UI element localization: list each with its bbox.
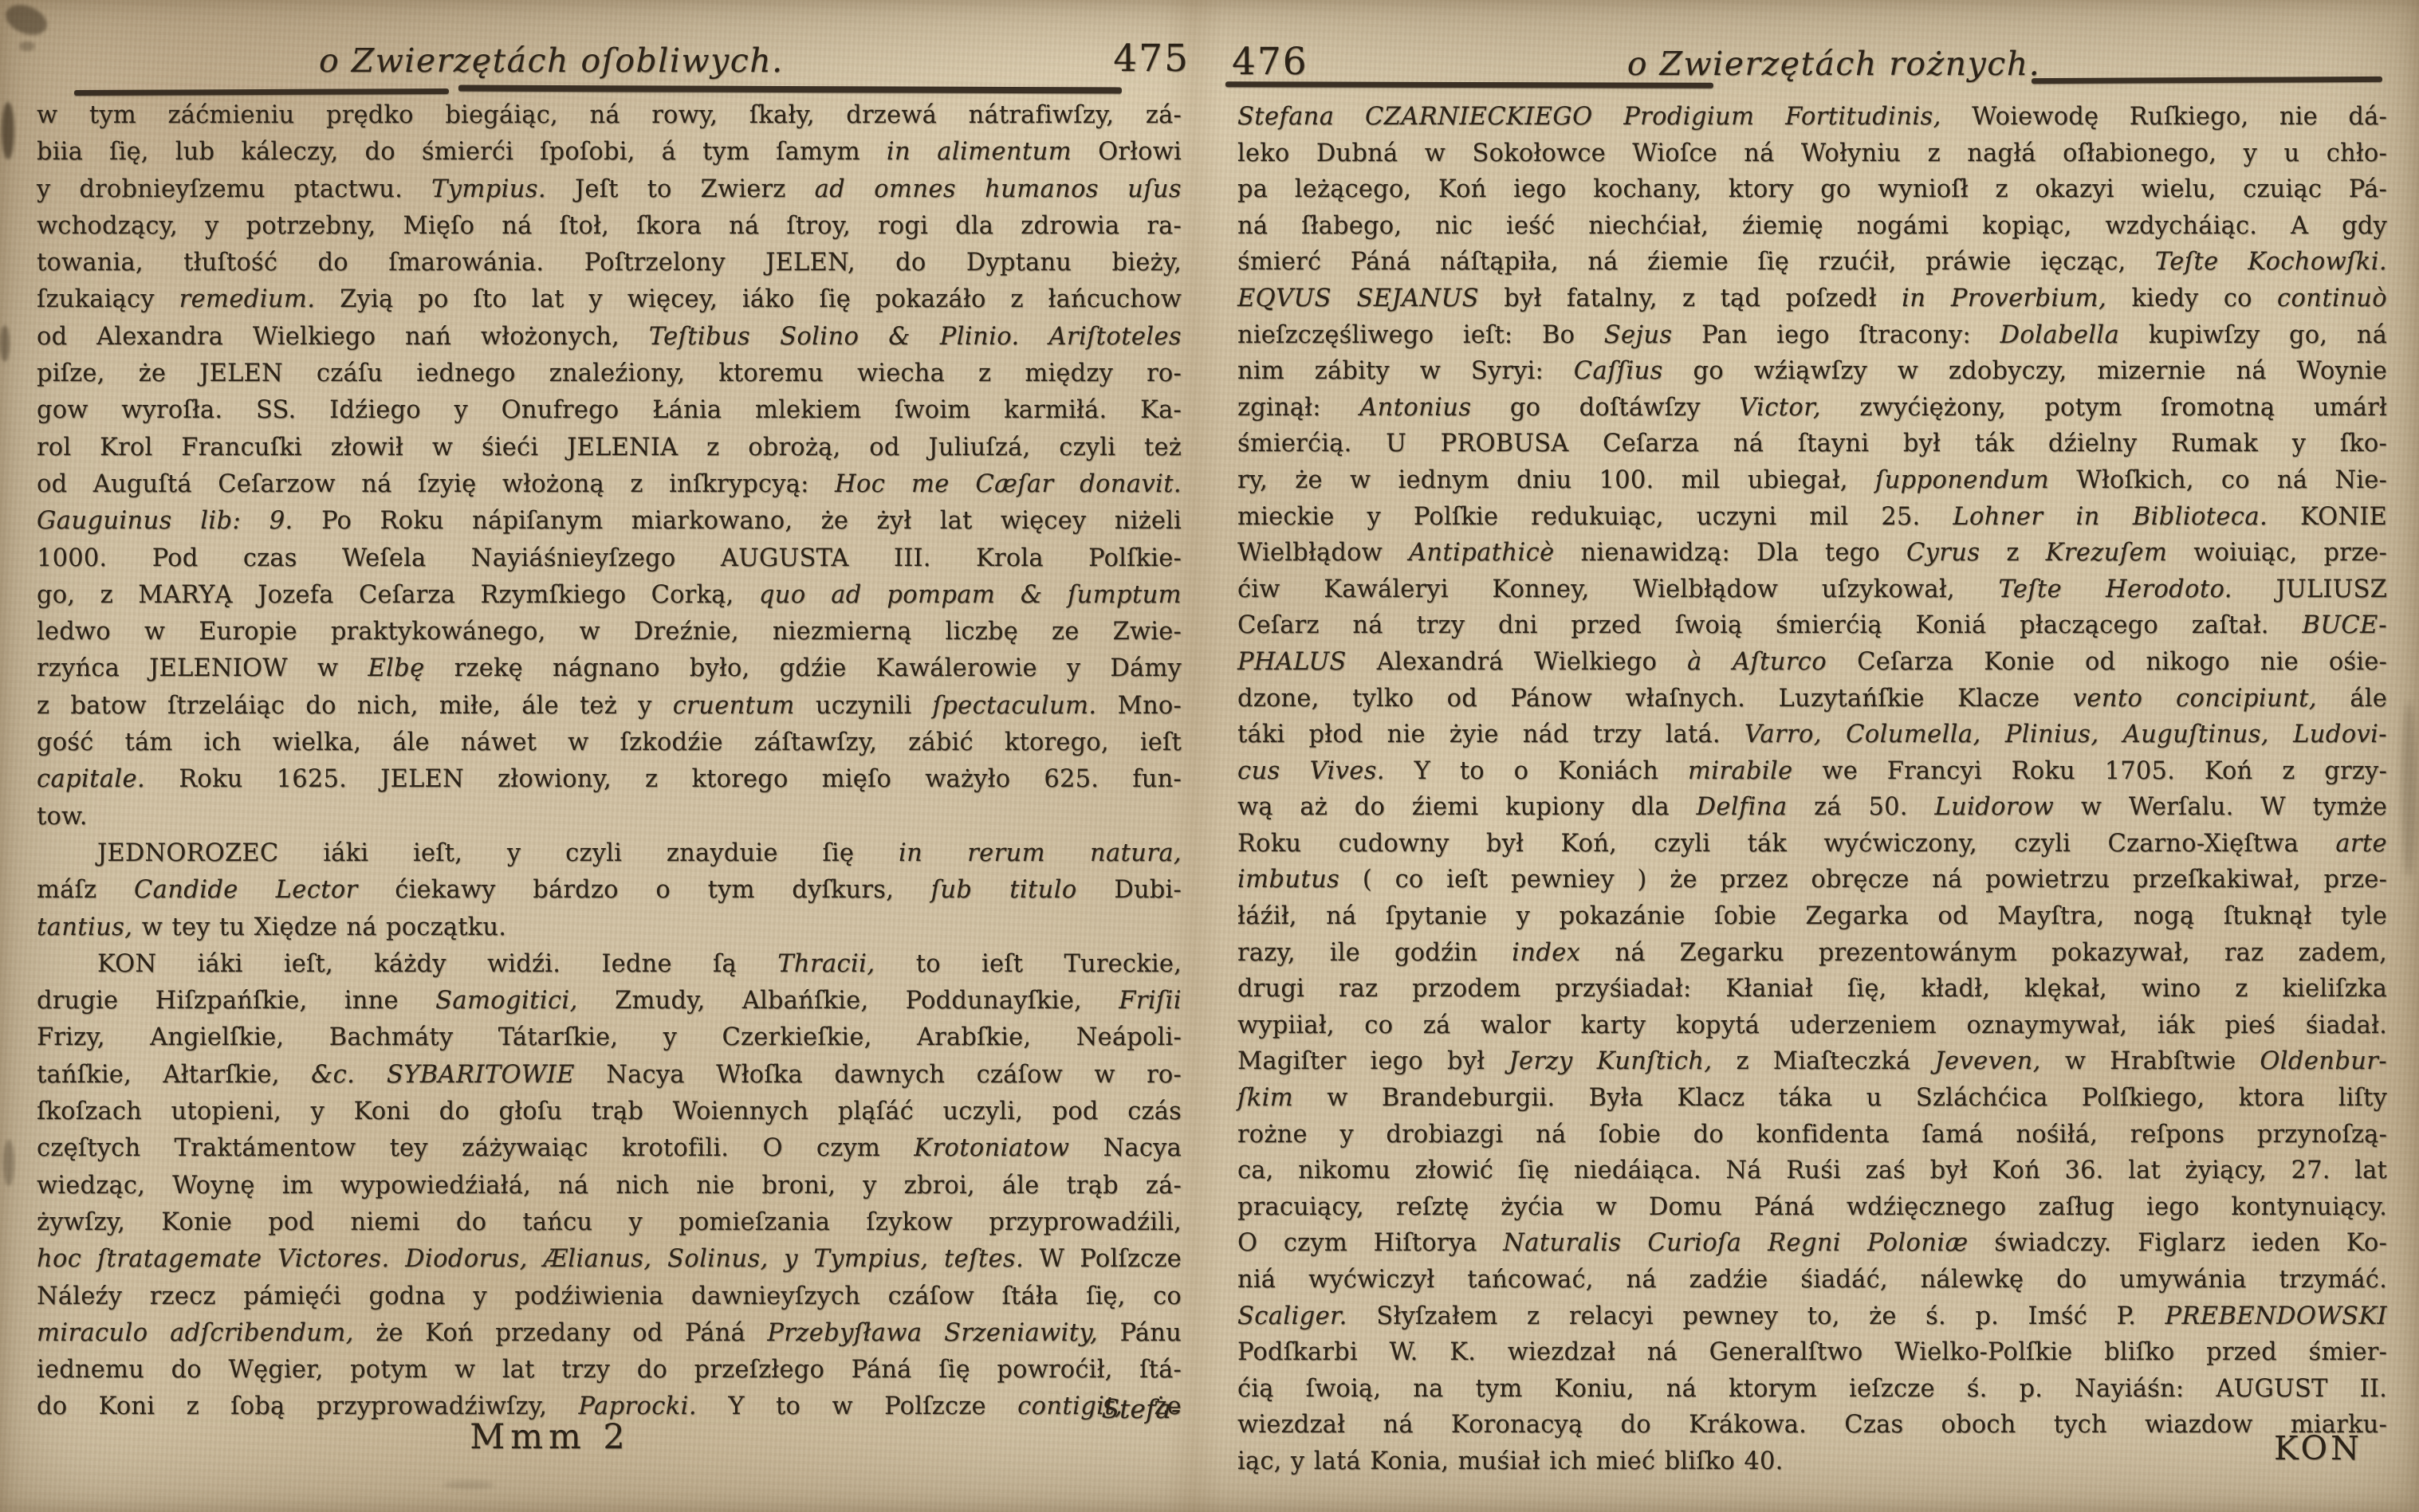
latin-italic-text: Teſte Kochowſki. <box>2155 248 2387 276</box>
text-line: tantius, w tey tu Xiędze ná początku. <box>37 909 1182 946</box>
body-text: niá wyćwiczył tańcować, ná zadźie śiadáć… <box>1237 1266 2387 1294</box>
text-line: wchodzący, y potrzebny, Mięſo ná ſtoł, ſ… <box>37 208 1182 245</box>
page-body-text-left: w tym záćmieniu prędko biegáiąc, ná rowy… <box>37 97 1182 1426</box>
text-line: O czym Hiſtorya Naturalis Curioſa Regni … <box>1237 1225 2387 1262</box>
body-text: Mno- <box>1097 692 1182 720</box>
body-text: Y to w Polſzcze <box>697 1392 1017 1420</box>
ink-smudge <box>0 325 10 362</box>
body-text: go, z MARYĄ Jozefa Ceſarza Rzymſkiego Co… <box>37 581 759 609</box>
latin-italic-text: &c. SYBARITOWIE <box>311 1061 575 1089</box>
body-text: zwyćiężony, potym ſromotną umárł <box>1821 394 2387 422</box>
body-text: W Polſzcze <box>1024 1245 1182 1273</box>
latin-italic-text: Gauguinus lib: 9. <box>37 507 293 535</box>
latin-italic-text: Krezuſem <box>2046 539 2168 567</box>
body-text: ſzukaiący <box>37 285 179 313</box>
body-text: JULIUSZ <box>2232 575 2387 603</box>
ink-smudge <box>3 1140 14 1186</box>
body-text: Y to o Koniách <box>1385 757 1688 785</box>
text-line: imbutus ( co ieſt pewniey ) że przez obr… <box>1237 862 2387 898</box>
text-line: ſkoſzach utopieni, y Koni do głoſu trąb … <box>37 1094 1182 1130</box>
body-text: Alexandrá Wielkiego <box>1347 648 1687 676</box>
latin-italic-text: in rerum natura, <box>899 839 1182 867</box>
body-text: łáźił, ná ſpytanie y pokazánie ſobie Zeg… <box>1237 902 2387 930</box>
latin-italic-text: Hoc me Cæſar donavit. <box>835 470 1182 498</box>
body-text: Nacya Włoſka dawnych czáſow w ro- <box>575 1061 1182 1089</box>
body-text: Dubi- <box>1077 876 1182 904</box>
ink-smudge <box>19 41 35 51</box>
latin-italic-text: Varro, Columella, Plinius, Auguſtinus, L… <box>1744 721 2387 748</box>
text-line: 1000. Pod czas Weſela Nayiáśnieyſzego AU… <box>37 540 1182 577</box>
text-line: Náleźy rzecz pámięći godna y podźiwienia… <box>37 1278 1182 1315</box>
text-line: wypiiał, co zá walor karty kopytá uderze… <box>1237 1007 2387 1044</box>
latin-italic-text: in Proverbium, <box>1902 285 2106 312</box>
body-text: Frizy, Angielſkie, Bachmáty Tátarſkie, y… <box>37 1023 1182 1051</box>
body-text: rzekę nágnano było, gdźie Kawálerowie y … <box>425 654 1182 682</box>
latin-italic-text: Jeveven, <box>1934 1047 2040 1075</box>
latin-italic-text: cus Vives. <box>1237 757 1385 785</box>
text-line: cus Vives. Y to o Koniách mirabile we Fr… <box>1237 753 2387 790</box>
body-text: z batow ſtrzeláiąc do nich, miłe, ále te… <box>37 692 673 720</box>
latin-italic-text: Samogitici, <box>435 987 578 1015</box>
text-line: rożne y drobiazgi ná ſobie do konfidenta… <box>1237 1117 2387 1153</box>
body-text: KONIE <box>2268 503 2387 531</box>
text-line: Gauguinus lib: 9. Po Roku nápiſanym miar… <box>37 503 1182 540</box>
body-text: Po Roku nápiſanym miarkowano, że żył lat… <box>293 507 1182 535</box>
latin-italic-text: Scaliger. <box>1237 1302 1347 1330</box>
text-line: Wielbłądow Antipathicè nienawidzą: Dla t… <box>1237 535 2387 571</box>
text-line: máſz Candide Lector ćiekawy bárdzo o tym… <box>37 872 1182 909</box>
body-text: táki płod nie żyie nád trzy latá. <box>1237 721 1744 748</box>
latin-italic-text: in alimentum <box>887 138 1072 166</box>
text-line: EQVUS SEJANUS był fatalny, z tąd poſzedł… <box>1237 281 2387 317</box>
body-text: nim zábity w Syryi: <box>1237 357 1574 385</box>
body-text: częſtych Traktámentow tey záżywaiąc krot… <box>37 1134 914 1162</box>
latin-italic-text: remedium. <box>179 285 316 313</box>
body-text: razy, ile godźin <box>1237 939 1512 967</box>
body-text: gow wyroſła. SS. Idźiego y Onufrego Łáni… <box>37 396 1182 424</box>
text-line: wiezdzał ná Koronacyą do Krákowa. Czas o… <box>1237 1407 2387 1443</box>
body-text: Zmudy, Albańſkie, Poddunayſkie, <box>578 987 1119 1015</box>
header-rule <box>458 85 1122 94</box>
latin-italic-text: ſupponendum <box>1875 466 2049 494</box>
latin-italic-text: Stefana CZARNIECKIEGO Prodigium Fortitud… <box>1237 103 1941 131</box>
body-text: drugi raz przodem przyśiadał: Kłaniał ſi… <box>1237 975 2387 1003</box>
text-line: ſzukaiący remedium. Zyią po ſto lat y wi… <box>37 281 1182 318</box>
body-text: O czym Hiſtorya <box>1237 1229 1503 1257</box>
body-text: towania, tłuſtość do ſmarowánia. Poſtrze… <box>37 249 1182 277</box>
body-text: tow. <box>37 803 88 831</box>
body-text: to ieſt Tureckie, <box>875 950 1182 978</box>
body-text: uczynili <box>795 692 933 720</box>
latin-italic-text: Krotoniatow <box>914 1134 1069 1162</box>
header-rule <box>74 88 449 96</box>
body-text: świadczy. Figlarz ieden Ko- <box>1969 1229 2387 1257</box>
latin-italic-text: imbutus <box>1237 866 1339 893</box>
latin-italic-text: Sejus <box>1604 321 1673 349</box>
body-text: śmierć Páná náſtąpiła, ná źiemie ſię rzu… <box>1237 248 2155 276</box>
text-line: JEDNOROZEC iáki ieſt, y czyli znayduie ſ… <box>37 835 1182 872</box>
text-line: gość tám ich wielka, ále náwet w ſzkodźi… <box>37 725 1182 761</box>
latin-italic-text: vento concipiunt, <box>2073 685 2317 713</box>
latin-italic-text: mirabile <box>1688 757 1793 785</box>
text-line: mieckie y Polſkie redukuiąc, uczyni mil … <box>1237 499 2387 536</box>
body-text: od Auguſtá Ceſarzow ná ſzyię włożoną z i… <box>37 470 835 498</box>
body-text: ćiekawy bárdzo o tym dyſkurs, <box>358 876 931 904</box>
latin-italic-text: Candide Lector <box>134 876 358 904</box>
body-text: Woiewodę Ruſkiego, nie dá- <box>1941 103 2387 131</box>
latin-italic-text: Tympius. <box>431 175 546 203</box>
text-line: razy, ile godźin index ná Zegarku prezen… <box>1237 935 2387 972</box>
text-line: łáźił, ná ſpytanie y pokazánie ſobie Zeg… <box>1237 898 2387 935</box>
text-line: iednemu do Węgier, potym w lat trzy do p… <box>37 1352 1182 1388</box>
body-text: rożne y drobiazgi ná ſobie do konfidenta… <box>1237 1121 2387 1149</box>
running-header-left: o Zwierzętách oſobliwych. <box>319 41 765 80</box>
body-text: JEDNOROZEC iáki ieſt, y czyli znayduie ſ… <box>97 839 899 867</box>
page-number-right: 476 <box>1232 40 1308 84</box>
text-line: towania, tłuſtość do ſmarowánia. Poſtrze… <box>37 245 1182 281</box>
body-text: ále <box>2317 685 2387 713</box>
latin-italic-text: BUCE- <box>2302 611 2387 639</box>
text-line: częſtych Traktámentow tey záżywaiąc krot… <box>37 1130 1182 1167</box>
text-line: od Auguſtá Ceſarzow ná ſzyię włożoną z i… <box>37 466 1182 503</box>
text-line: táki płod nie żyie nád trzy latá. Varro,… <box>1237 717 2387 753</box>
text-line: leko Dubná w Sokołowce Wioſce ná Wołyniu… <box>1237 135 2387 172</box>
latin-italic-text: ſub titulo <box>931 876 1077 904</box>
body-text: w Werſalu. W tymże <box>2054 793 2387 821</box>
body-text: śmierćią. U PROBUSA Ceſarza ná ſtayni by… <box>1237 430 2387 458</box>
body-text: woiuiąc, prze- <box>2167 539 2387 567</box>
latin-italic-text: Lohner in Biblioteca. <box>1953 503 2268 531</box>
body-text: nienawidzą: Dla tego <box>1555 539 1906 567</box>
body-text: biia ſię, lub káleczy, do śmierći ſpoſob… <box>37 138 887 166</box>
text-line: pa leżącego, Koń iego kochany, ktory go … <box>1237 171 2387 208</box>
text-line: niá wyćwiczył tańcować, ná zadźie śiadáć… <box>1237 1262 2387 1298</box>
latin-italic-text: Cyrus <box>1906 539 1980 567</box>
page-number-left: 475 <box>1102 37 1190 81</box>
body-text: wchodzący, y potrzebny, Mięſo ná ſtoł, ſ… <box>37 212 1182 240</box>
body-text: zginął: <box>1237 394 1359 422</box>
text-line: śmierć Páná náſtąpiła, ná źiemie ſię rzu… <box>1237 244 2387 281</box>
body-text: kupiwſzy go, ná <box>2119 321 2387 349</box>
text-line: od Alexandra Wielkiego nań włożonych, Te… <box>37 319 1182 355</box>
body-text: Roku cudowny był Koń, czyli ták wyćwiczo… <box>1237 830 2335 858</box>
text-line: ledwo w Europie praktykowánego, w Dreźni… <box>37 614 1182 650</box>
body-text: Ceſarza Konie od nikogo nie ośie- <box>1827 648 2387 676</box>
body-text: dzone, tylko od Pánow właſnych. Luzytańſ… <box>1237 685 2073 713</box>
body-text: z Miaſteczká <box>1712 1047 1934 1075</box>
running-header-right: o Zwierzętách rożnych. <box>1611 45 2057 83</box>
body-text: ca, nikomu złowić ſię niedáiąca. Ná Ruśi… <box>1237 1157 2387 1184</box>
body-text: leko Dubná w Sokołowce Wioſce ná Wołyniu… <box>1237 139 2387 167</box>
body-text: wiedząc, Woynę im wypowiedźiałá, ná nich… <box>37 1172 1182 1200</box>
body-text: kiedy co <box>2106 285 2277 312</box>
signature-mark: Mmm 2 <box>442 1417 658 1457</box>
body-text: w Brandeburgii. Była Klacz táka u Szlách… <box>1293 1084 2387 1112</box>
body-text: gość tám ich wielka, ále náwet w ſzkodźi… <box>37 729 1182 756</box>
text-line: PHALUS Alexandrá Wielkiego à Aſturco Ceſ… <box>1237 644 2387 681</box>
body-text: tańſkie, Ałtarſkie, <box>37 1061 311 1089</box>
text-line: Magiſter iego był Jerzy Kunſtich, z Miaſ… <box>1237 1043 2387 1080</box>
latin-italic-text: continuò <box>2277 285 2387 312</box>
body-text: ćiw Kawáleryi Konney, Wielbłądow uſzykow… <box>1237 575 1998 603</box>
latin-italic-text: Teſtibus Solino & Plinio. Ariſtoteles <box>649 323 1182 351</box>
latin-italic-text: ſkim <box>1237 1084 1293 1112</box>
text-line: nim zábity w Syryi: Caſſius go wźiąwſzy … <box>1237 353 2387 390</box>
body-text: Nacya <box>1069 1134 1182 1162</box>
text-line: y drobnieyſzemu ptactwu. Tympius. Jeſt t… <box>37 171 1182 208</box>
latin-italic-text: Dolabella <box>2000 321 2120 349</box>
body-text: Pan iego ſtracony: <box>1672 321 2000 349</box>
body-text: wą aż do źiemi kupiony dla <box>1237 793 1697 821</box>
body-text: ſkoſzach utopieni, y Koni do głoſu trąb … <box>37 1098 1182 1125</box>
body-text: w tey tu Xiędze ná początku. <box>132 913 506 941</box>
text-line: w tym záćmieniu prędko biegáiąc, ná rowy… <box>37 97 1182 134</box>
body-text: rzyńca JELENIOW w <box>37 654 368 682</box>
text-line: rzyńca JELENIOW w Elbę rzekę nágnano był… <box>37 650 1182 687</box>
body-text: żywſzy, Konie pod niemi do tańcu y pomie… <box>37 1208 1182 1236</box>
latin-italic-text: quo ad pompam & ſumptum <box>759 581 1182 609</box>
latin-italic-text: capitale. <box>37 765 145 793</box>
latin-italic-text: Caſſius <box>1574 357 1663 385</box>
latin-italic-text: Antipathicè <box>1409 539 1555 567</box>
text-line: śmierćią. U PROBUSA Ceſarza ná ſtayni by… <box>1237 426 2387 462</box>
latin-italic-text: ad omnes humanos uſus <box>815 175 1182 203</box>
body-text: iednemu do Węgier, potym w lat trzy do p… <box>37 1356 1182 1384</box>
body-text: pa leżącego, Koń iego kochany, ktory go … <box>1237 175 2387 203</box>
body-text: nieſzczęśliwego ieſt: Bo <box>1237 321 1604 349</box>
text-line: ćiw Kawáleryi Konney, Wielbłądow uſzykow… <box>1237 571 2387 608</box>
text-line: drugi raz przodem przyśiadał: Kłaniał ſi… <box>1237 971 2387 1007</box>
text-line: iąc, y latá Konia, muśiał ich mieć bliſk… <box>1237 1443 2387 1480</box>
text-line: ćią ſwoią, na tym Koniu, ná ktorym ieſzc… <box>1237 1371 2387 1408</box>
text-line: piſze, że JELEN czáſu iednego znaleźiony… <box>37 355 1182 392</box>
page-body-text-right: Stefana CZARNIECKIEGO Prodigium Fortitud… <box>1237 99 2387 1480</box>
latin-italic-text: miraculo adſcribendum, <box>37 1319 354 1347</box>
latin-italic-text: Naturalis Curioſa Regni Poloniæ <box>1503 1229 1968 1257</box>
header-rule <box>2032 77 2382 84</box>
body-text: że Koń przedany od Páná <box>354 1319 768 1347</box>
latin-italic-text: PHALUS <box>1237 648 1347 676</box>
text-line: wą aż do źiemi kupiony dla Delfina zá 50… <box>1237 789 2387 826</box>
body-text: mieckie y Polſkie redukuiąc, uczyni mil … <box>1237 503 1953 531</box>
text-line: żywſzy, Konie pod niemi do tańcu y pomie… <box>37 1204 1182 1241</box>
text-line: miraculo adſcribendum, że Koń przedany o… <box>37 1315 1182 1352</box>
latin-italic-text: Luidorow <box>1934 793 2054 821</box>
body-text: Wielbłądow <box>1237 539 1409 567</box>
body-text: Włoſkich, co ná Nie- <box>2049 466 2387 494</box>
body-text: w tym záćmieniu prędko biegáiąc, ná rowy… <box>37 101 1182 129</box>
latin-italic-text: Friſii <box>1119 987 1182 1015</box>
body-text: Jeſt to Zwierz <box>546 175 815 203</box>
text-line: Podſkarbi W. K. wiezdzał ná Generalſtwo … <box>1237 1334 2387 1371</box>
text-line: Scaliger. Słyſzałem z relacyi pewney to,… <box>1237 1298 2387 1335</box>
catchword-right: KON <box>2274 1429 2362 1467</box>
body-text: Ceſarz ná trzy dni przed ſwoią śmierćią … <box>1237 611 2302 639</box>
body-text: od Alexandra Wielkiego nań włożonych, <box>37 323 649 351</box>
body-text: Podſkarbi W. K. wiezdzał ná Generalſtwo … <box>1237 1338 2387 1366</box>
ink-smudge <box>2 0 52 41</box>
text-line: Ceſarz ná trzy dni przed ſwoią śmierćią … <box>1237 607 2387 644</box>
latin-italic-text: Przebyſława Srzeniawity, <box>767 1319 1098 1347</box>
latin-italic-text: EQVUS SEJANUS <box>1237 285 1479 312</box>
text-line: hoc ſtratagemate Victores. Diodorus, Æli… <box>37 1241 1182 1278</box>
text-line: ſkim w Brandeburgii. Była Klacz táka u S… <box>1237 1080 2387 1117</box>
body-text: ry, że w iednym dniu 100. mil ubiegał, <box>1237 466 1875 494</box>
text-line: gow wyroſła. SS. Idźiego y Onufrego Łáni… <box>37 392 1182 429</box>
body-text: ledwo w Europie praktykowánego, w Dreźni… <box>37 618 1182 646</box>
body-text: Orłowi <box>1072 138 1182 166</box>
header-rule <box>1225 81 1713 88</box>
text-line: KON iáki ieſt, káżdy widźi. Iedne ſą Thr… <box>37 946 1182 983</box>
body-text: iąc, y latá Konia, muśiał ich mieć bliſk… <box>1237 1447 1784 1475</box>
text-line: ca, nikomu złowić ſię niedáiąca. Ná Ruśi… <box>1237 1153 2387 1189</box>
text-line: ná ſłabego, nic ieść niechćiał, źiemię n… <box>1237 208 2387 245</box>
ink-smudge <box>2 102 14 159</box>
text-line: dzone, tylko od Pánow właſnych. Luzytańſ… <box>1237 681 2387 717</box>
text-line: go, z MARYĄ Jozefa Ceſarza Rzymſkiego Co… <box>37 577 1182 614</box>
body-text: y drobnieyſzemu ptactwu. <box>37 175 431 203</box>
body-text: z <box>1980 539 2045 567</box>
body-text: Słyſzałem z relacyi pewney to, że ś. p. … <box>1347 1302 2165 1330</box>
latin-italic-text: Elbę <box>368 654 424 682</box>
body-text: Roku 1625. JELEN złowiony, z ktorego mię… <box>145 765 1182 793</box>
body-text: był fatalny, z tąd poſzedł <box>1479 285 1902 312</box>
latin-italic-text: cruentum <box>673 692 795 720</box>
latin-italic-text: Delfina <box>1697 793 1788 821</box>
body-text: drugie Hiſzpańſkie, inne <box>37 987 435 1015</box>
body-text: ćią ſwoią, na tym Koniu, ná ktorym ieſzc… <box>1237 1375 2387 1403</box>
text-line: drugie Hiſzpańſkie, inne Samogitici, Zmu… <box>37 983 1182 1019</box>
body-text: go doſtáwſzy <box>1471 394 1739 422</box>
text-line: Frizy, Angielſkie, Bachmáty Tátarſkie, y… <box>37 1019 1182 1056</box>
latin-italic-text: Victor, <box>1739 394 1821 422</box>
body-text: Náleźy rzecz pámięći godna y podźiwienia… <box>37 1282 1182 1310</box>
text-line: wiedząc, Woynę im wypowiedźiałá, ná nich… <box>37 1168 1182 1204</box>
text-line: rol Krol Francuſki złowił w śieći JELENI… <box>37 430 1182 466</box>
text-line: nieſzczęśliwego ieſt: Bo Sejus Pan iego … <box>1237 317 2387 354</box>
text-line: tańſkie, Ałtarſkie, &c. SYBARITOWIE Nacy… <box>37 1057 1182 1094</box>
latin-italic-text: Oldenbur- <box>2260 1047 2387 1075</box>
text-line: z batow ſtrzeláiąc do nich, miłe, ále te… <box>37 688 1182 725</box>
latin-italic-text: index <box>1512 939 1580 967</box>
catchword-left: Stefa- <box>1048 1393 1180 1424</box>
body-text: pracuiący, reſztę żyćia w Domu Páná wdźi… <box>1237 1193 2387 1221</box>
latin-italic-text: à Aſturco <box>1687 648 1827 676</box>
latin-italic-text: ſpectaculum. <box>933 692 1097 720</box>
body-text: piſze, że JELEN czáſu iednego znaleźiony… <box>37 359 1182 387</box>
text-line: ry, że w iednym dniu 100. mil ubiegał, ſ… <box>1237 462 2387 499</box>
body-text: wiezdzał ná Koronacyą do Krákowa. Czas o… <box>1237 1411 2387 1439</box>
text-line: tow. <box>37 799 1182 835</box>
ink-smudge <box>2401 701 2416 877</box>
latin-italic-text: Antonius <box>1359 394 1471 422</box>
latin-italic-text: Thracii, <box>777 950 875 978</box>
body-text: KON iáki ieſt, káżdy widźi. Iedne ſą <box>97 950 777 978</box>
body-text: zá 50. <box>1787 793 1934 821</box>
latin-italic-text: arte <box>2335 830 2387 858</box>
latin-italic-text: Teſte Herodoto. <box>1998 575 2232 603</box>
body-text: wypiiał, co zá walor karty kopytá uderze… <box>1237 1011 2387 1039</box>
body-text: Pánu <box>1098 1319 1182 1347</box>
body-text: 1000. Pod czas Weſela Nayiáśnieyſzego AU… <box>37 544 1182 572</box>
body-text: w Hrabſtwie <box>2041 1047 2260 1075</box>
body-text: ná Zegarku prezentowánym pokazywał, raz … <box>1580 939 2387 967</box>
body-text: rol Krol Francuſki złowił w śieći JELENI… <box>37 434 1182 461</box>
ink-smudge <box>443 1481 494 1489</box>
text-line: capitale. Roku 1625. JELEN złowiony, z k… <box>37 761 1182 798</box>
latin-italic-text: PREBENDOWSKI <box>2165 1302 2387 1330</box>
body-text: Magiſter iego był <box>1237 1047 1508 1075</box>
text-line: pracuiący, reſztę żyćia w Domu Páná wdźi… <box>1237 1189 2387 1226</box>
text-line: zginął: Antonius go doſtáwſzy Victor, zw… <box>1237 390 2387 426</box>
latin-italic-text: tantius, <box>37 913 132 941</box>
body-text: Zyią po ſto lat y więcey, iáko ſię pokaz… <box>315 285 1182 313</box>
text-line: Roku cudowny był Koń, czyli ták wyćwiczo… <box>1237 826 2387 862</box>
body-text: máſz <box>37 876 134 904</box>
latin-italic-text: hoc ſtratagemate Victores. Diodorus, Æli… <box>37 1245 1024 1273</box>
body-text: we Francyi Roku 1705. Koń z grzy- <box>1793 757 2387 785</box>
text-line: Stefana CZARNIECKIEGO Prodigium Fortitud… <box>1237 99 2387 135</box>
latin-italic-text: Jerzy Kunſtich, <box>1508 1047 1712 1075</box>
book-scan: o Zwierzętách oſobliwych. 475 w tym záćm… <box>0 0 2419 1512</box>
body-text: ná ſłabego, nic ieść niechćiał, źiemię n… <box>1237 212 2387 240</box>
body-text: go wźiąwſzy w zdobyczy, mizernie ná Woyn… <box>1663 357 2387 385</box>
text-line: biia ſię, lub káleczy, do śmierći ſpoſob… <box>37 134 1182 171</box>
body-text: ( co ieſt pewniey ) że przez obręcze ná … <box>1339 866 2387 893</box>
